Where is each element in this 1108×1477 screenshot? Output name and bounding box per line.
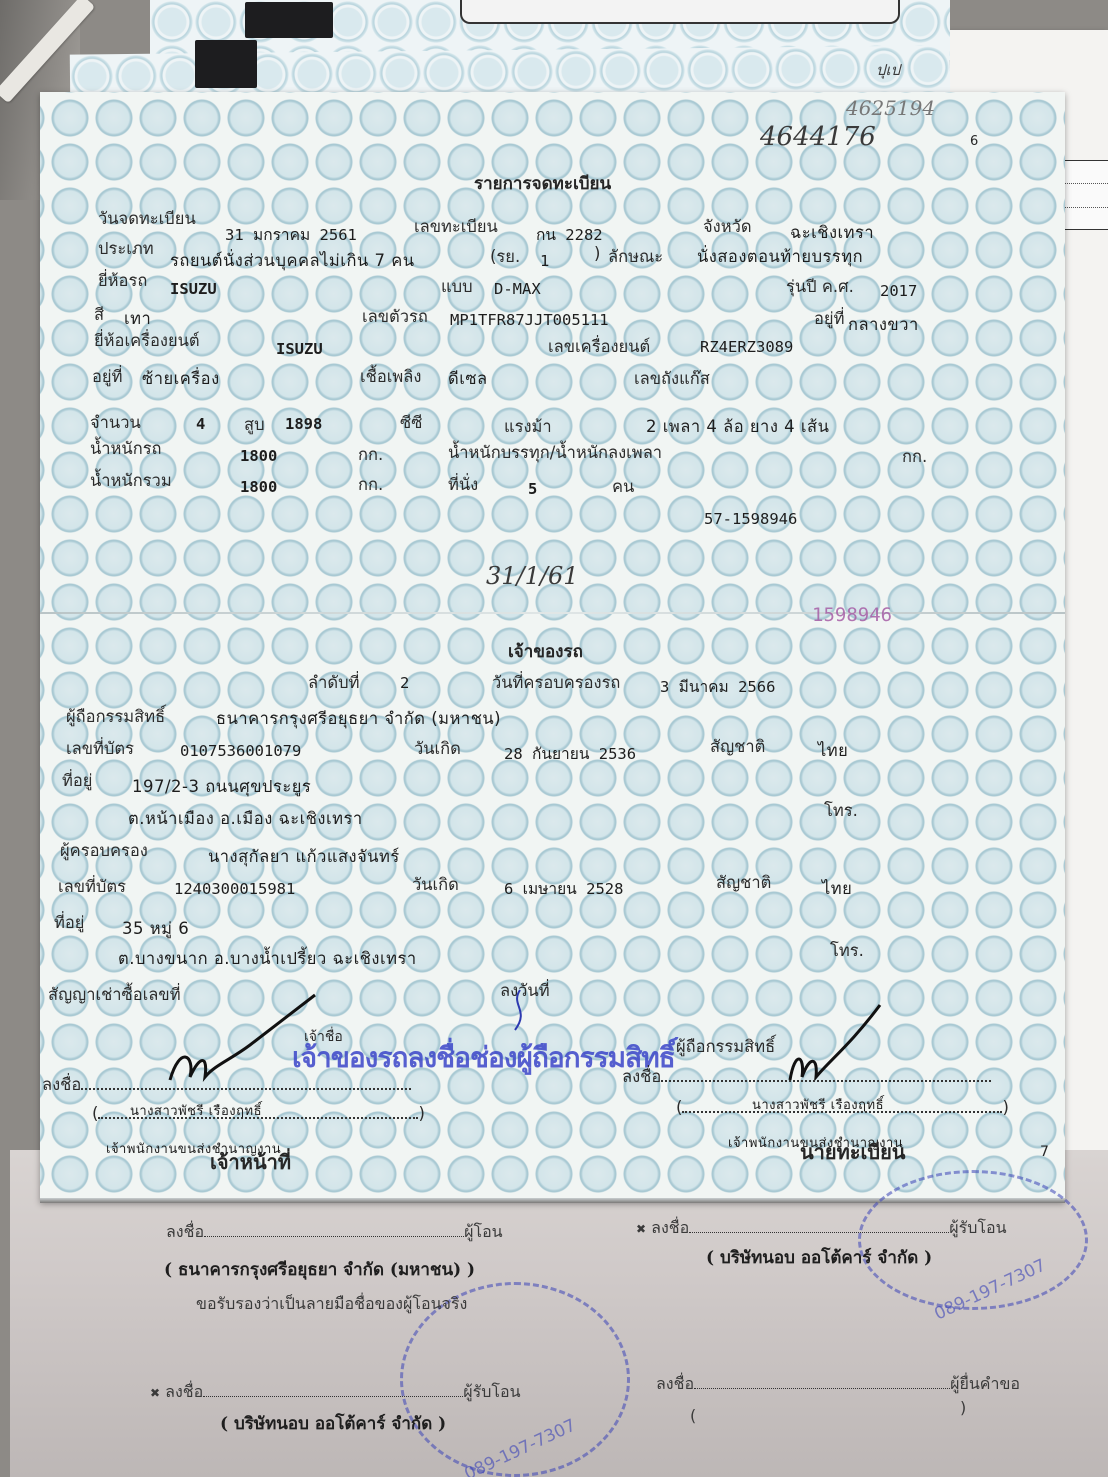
applicant-close: ): [960, 1398, 966, 1417]
label-engine-location: อยู่ที่: [92, 364, 122, 390]
x-mark-icon: ✖: [636, 1222, 646, 1236]
owner-title: เจ้าของรถ: [508, 638, 583, 665]
label-registration-date: วันจดทะเบียน: [98, 206, 196, 232]
label-holder-birth: วันเกิด: [414, 736, 461, 762]
binder-clip: [195, 40, 257, 88]
type-code-close: ): [594, 244, 600, 263]
label-holder-id: เลขที่บัตร: [66, 736, 134, 762]
possessor-name: นางสุกัลยา แก้วแสงจันทร์: [208, 844, 400, 870]
label-sign-right: ลงชื่อ: [622, 1064, 991, 1090]
seats: 5: [528, 480, 537, 498]
handwritten-note-faint: 4625194: [846, 96, 935, 120]
holder-address-line2: ต.หน้าเมือง อ.เมือง ฉะเชิงเทรา: [128, 806, 363, 832]
transferee-role: ผู้รับโอน: [463, 1382, 520, 1401]
applicant-role: ผู้ยื่นคำขอ: [950, 1374, 1020, 1393]
cylinders: 4: [196, 415, 205, 433]
registration-date: 31 มกราคม 2561: [225, 222, 357, 247]
x-mark-icon: ✖: [150, 1386, 160, 1400]
label-chassis: เลขตัวรถ: [362, 304, 428, 330]
possessor-id: 1240300015981: [174, 880, 295, 898]
label-brand: ยี่ห้อรถ: [98, 268, 147, 294]
binder-clip: [245, 2, 333, 38]
owner-order: 2: [400, 674, 409, 692]
engine-location: ซ้ายเครื่อง: [142, 366, 220, 392]
vehicle-type: รถยนต์นั่งส่วนบุคคลไม่เกิน 7 คน: [170, 248, 415, 274]
label-province: จังหวัด: [703, 214, 752, 240]
officer-left-stamp: เจ้าหน้าที่: [210, 1146, 291, 1178]
model-year: 2017: [880, 282, 917, 300]
gross-weight: 1800: [240, 478, 277, 496]
chassis-number: MP1TFR87JJT005111: [450, 311, 609, 329]
holder-address-line1: 197/2-3 ถนนศุขประยูร: [132, 774, 311, 800]
plate-number: กน 2282: [536, 222, 603, 247]
label-cylinders: จำนวน: [90, 410, 141, 436]
label-gross-weight: น้ำหนักรวม: [90, 468, 172, 494]
label-possessor-address: ที่อยู่: [54, 910, 84, 936]
label-type-code: (รย.: [490, 244, 520, 270]
certifier-role: ผู้รับโอน: [949, 1218, 1006, 1237]
label-possessor-phone: โทร.: [830, 938, 864, 964]
label-fuel: เชื้อเพลิง: [360, 364, 421, 390]
fuel: ดีเซล: [448, 366, 488, 392]
officer-right-stamp: นายทะเบียน: [800, 1136, 905, 1168]
page-number-bottom: 7: [1040, 1144, 1049, 1160]
label-title-holder-sign: ผู้ถือกรรมสิทธิ์: [676, 1034, 775, 1060]
transferee-sign-line: ✖ ลงชื่อผู้รับโอน: [150, 1380, 521, 1405]
applicant-sign-line: ลงชื่อผู้ยื่นคำขอ: [656, 1372, 1020, 1397]
label-type: ประเภท: [98, 236, 154, 262]
handwritten-date: 31/1/61: [486, 562, 579, 590]
province: ฉะเชิงเทรา: [790, 220, 874, 246]
label-plate: เลขทะเบียน: [414, 214, 498, 240]
label-engine-number: เลขเครื่องยนต์: [548, 334, 650, 360]
displacement: 1898: [285, 415, 322, 433]
applicant-open: (: [690, 1406, 696, 1425]
background-document: [460, 0, 900, 24]
sign-label: ลงชื่อ: [42, 1075, 81, 1094]
engine-number: RZ4ERZ3089: [700, 338, 793, 356]
label-model-year: รุ่นปี ค.ศ.: [786, 274, 854, 300]
possessor-address-line2: ต.บางขนาก อ.บางน้ำเปรี้ยว ฉะเชิงเทรา: [118, 946, 417, 972]
label-cc: ซีซี: [400, 410, 422, 436]
seats-unit: คน: [612, 474, 634, 500]
label-sign-left: ลงชื่อ: [42, 1072, 411, 1098]
title-holder: ธนาคารกรุงศรีอยุธยา จำกัด (มหาชน): [216, 706, 501, 732]
label-holder-phone: โทร.: [824, 798, 858, 824]
transferor-role: ผู้โอน: [464, 1222, 503, 1241]
model: D-MAX: [494, 280, 541, 298]
registration-title: รายการจดทะเบียน: [474, 170, 611, 197]
label-gas-tank: เลขถังแก๊ส: [634, 366, 710, 392]
label-chassis-location: อยู่ที่: [814, 306, 844, 332]
purple-serial-stamp: 1598946: [812, 604, 892, 626]
possessor-nationality: ไทย: [822, 876, 852, 902]
possessor-address-line1: 35 หมู่ 6: [122, 916, 189, 942]
sign-label: ลงชื่อ: [166, 1222, 204, 1241]
page-fold: [40, 612, 1065, 614]
brand: ISUZU: [170, 280, 217, 298]
label-order: ลำดับที่: [308, 670, 359, 696]
label-displacement: สูบ: [244, 412, 265, 438]
sign-label: ลงชื่อ: [165, 1382, 203, 1401]
type-code: 1: [540, 252, 549, 270]
sign-label: ลงชื่อ: [656, 1374, 694, 1393]
signature-date-mark: [500, 985, 540, 1035]
holder-nationality: ไทย: [818, 738, 848, 764]
axles-wheels-tires: 2 เพลา 4 ล้อ ยาง 4 เส้น: [646, 414, 829, 440]
label-load-weight: น้ำหนักบรรทุก/น้ำหนักลงเพลา: [448, 440, 662, 466]
holder-id: 0107536001079: [180, 742, 301, 760]
body-style: นั่งสองตอนท้ายบรรทุก: [697, 244, 863, 270]
possession-date: 3 มีนาคม 2566: [660, 674, 775, 699]
handwritten-initials: ปุเป: [876, 58, 900, 82]
label-seats: ที่นั่ง: [448, 472, 478, 498]
holder-birth: 28 กันยายน 2536: [504, 741, 636, 766]
officer-left-name: นางสาวพัชรี เรืองฤทธิ์: [130, 1100, 262, 1121]
label-color: สี: [94, 302, 104, 328]
form-serial: 57-1598946: [704, 510, 797, 528]
label-engine-brand: ยี่ห้อเครื่องยนต์: [94, 328, 200, 354]
label-possessor: ผู้ครอบครอง: [60, 838, 148, 864]
label-holder-nationality: สัญชาติ: [710, 734, 765, 760]
load-weight-unit: กก.: [902, 444, 927, 470]
label-model: แบบ: [441, 274, 473, 300]
label-possessor-nationality: สัญชาติ: [716, 870, 771, 896]
chassis-location: กลางขวา: [848, 312, 919, 338]
label-possessor-id: เลขที่บัตร: [58, 874, 126, 900]
handwritten-note: 4644176: [760, 122, 876, 152]
label-body-style: ลักษณะ: [608, 244, 663, 270]
page-number: 6: [970, 134, 978, 149]
label-possessor-birth: วันเกิด: [412, 872, 459, 898]
officer-right-name: นางสาวพัชรี เรืองฤทธิ์: [752, 1094, 884, 1115]
certify-text: ขอรับรองว่าเป็นลายมือชื่อของผู้โอนจริง: [196, 1292, 467, 1317]
label-vehicle-weight: น้ำหนักรถ: [90, 436, 162, 462]
label-holder-address: ที่อยู่: [62, 768, 92, 794]
transferee-name: ( บริษัทนอบ ออโต้คาร์ จำกัด ): [220, 1410, 446, 1437]
vehicle-weight: 1800: [240, 447, 277, 465]
label-horsepower: แรงม้า: [504, 414, 552, 440]
sign-label: ลงชื่อ: [651, 1218, 689, 1237]
engine-brand: ISUZU: [276, 340, 323, 358]
sign-label: ลงชื่อ: [622, 1067, 661, 1086]
vehicle-weight-unit: กก.: [358, 442, 383, 468]
possessor-birth: 6 เมษายน 2528: [504, 876, 623, 901]
transferor-name: ( ธนาคารกรุงศรีอยุธยา จำกัด (มหาชน) ): [164, 1256, 475, 1283]
transferor-sign-line: ลงชื่อผู้โอน: [166, 1220, 503, 1245]
label-title-holder: ผู้ถือกรรมสิทธิ์: [66, 704, 165, 730]
certifier-sign-line: ✖ ลงชื่อผู้รับโอน: [636, 1216, 1007, 1241]
certifier-name: ( บริษัทนอบ ออโต้คาร์ จำกัด ): [706, 1244, 932, 1271]
label-possession-date: วันที่ครอบครองรถ: [492, 670, 620, 696]
gross-weight-unit: กก.: [358, 472, 383, 498]
